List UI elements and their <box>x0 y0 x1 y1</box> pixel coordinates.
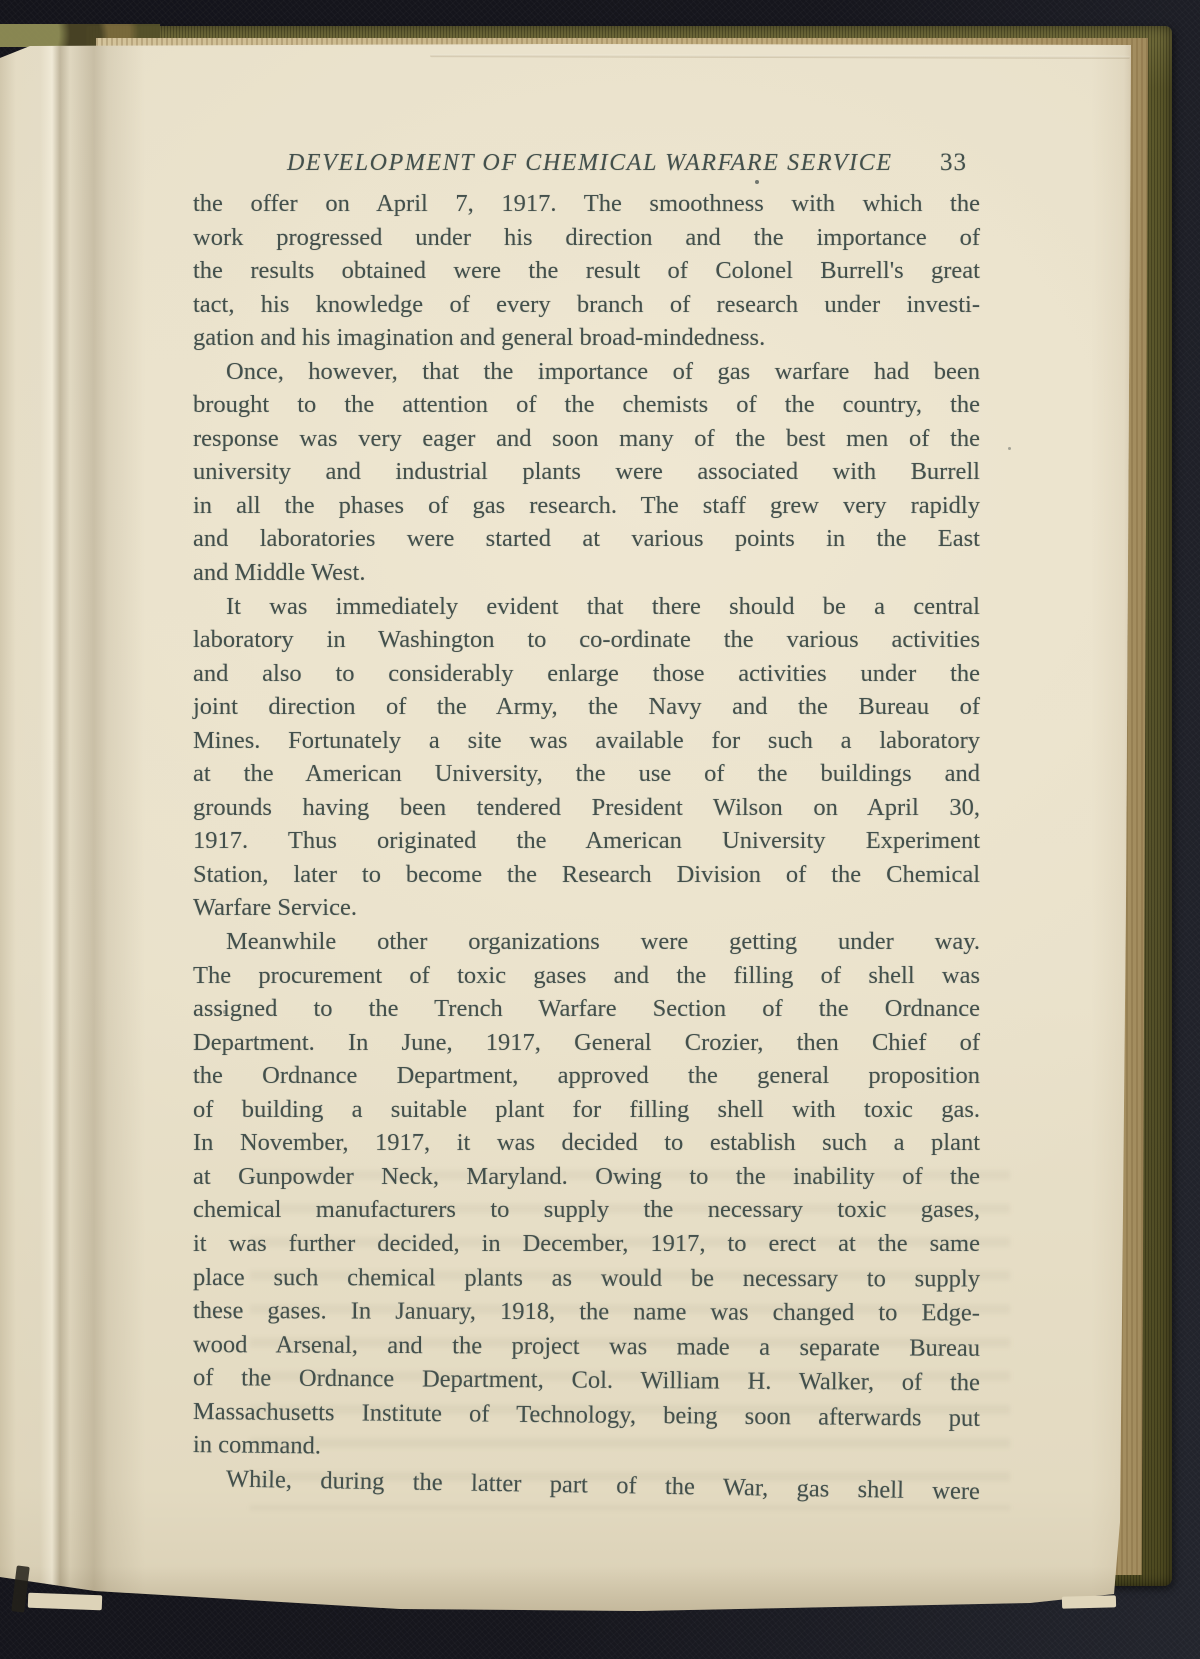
text-line: gation and his imagination and general b… <box>193 321 980 355</box>
text-line: wood Arsenal, and the project was made a… <box>193 1328 980 1365</box>
text-line: it was further decided, in December, 191… <box>193 1227 980 1261</box>
text-line: In November, 1917, it was decided to est… <box>193 1126 980 1160</box>
text-line: response was very eager and soon many of… <box>193 422 980 456</box>
text-line: of building a suitable plant for filling… <box>193 1093 980 1127</box>
text-line: grounds having been tendered President W… <box>193 791 980 825</box>
page-number: 33 <box>940 148 967 178</box>
text-line: chemical manufacturers to supply the nec… <box>193 1193 980 1227</box>
text-line: Mines. Fortunately a site was available … <box>193 724 980 758</box>
text-line: the offer on April 7, 1917. The smoothne… <box>193 187 980 221</box>
text-line: joint direction of the Army, the Navy an… <box>193 690 980 724</box>
underlying-page-edge <box>430 54 1130 59</box>
text-line: assigned to the Trench Warfare Section o… <box>193 992 980 1026</box>
text-line: work progressed under his direction and … <box>193 221 980 255</box>
text-line: The procurement of toxic gases and the f… <box>193 959 980 993</box>
page-text: the offer on April 7, 1917. The smoothne… <box>193 187 980 1495</box>
text-line: of the Ordnance Department, Col. William… <box>193 1361 980 1400</box>
ink-speck <box>223 1010 226 1014</box>
text-line: brought to the attention of the chemists… <box>193 388 980 422</box>
text-line: these gases. In January, 1918, the name … <box>193 1294 980 1330</box>
text-line: at Gunpowder Neck, Maryland. Owing to th… <box>193 1160 980 1194</box>
lower-page-edge <box>1062 1595 1116 1608</box>
book-page: DEVELOPMENT OF CHEMICAL WARFARE SERVICE … <box>0 0 1136 1616</box>
page-title: DEVELOPMENT OF CHEMICAL WARFARE SERVICE <box>287 148 893 178</box>
text-line: It was immediately evident that there sh… <box>193 590 980 624</box>
text-line: and laboratories were started at various… <box>193 522 980 556</box>
text-line: in all the phases of gas research. The s… <box>193 489 980 523</box>
text-line: Station, later to become the Research Di… <box>193 858 980 892</box>
text-line: tact, his knowledge of every branch of r… <box>193 288 980 322</box>
text-line: the results obtained were the result of … <box>193 254 980 288</box>
text-line: and also to considerably enlarge those a… <box>193 657 980 691</box>
text-line: Warfare Service. <box>193 891 980 925</box>
text-line: Department. In June, 1917, General Crozi… <box>193 1026 980 1060</box>
text-line: laboratory in Washington to co-ordinate … <box>193 623 980 657</box>
text-line: place such chemical plants as would be n… <box>193 1261 980 1296</box>
text-line: Once, however, that the importance of ga… <box>193 355 980 389</box>
text-line: 1917. Thus originated the American Unive… <box>193 824 980 858</box>
ink-speck <box>755 180 759 184</box>
text-line: university and industrial plants were as… <box>193 455 980 489</box>
text-line: at the American University, the use of t… <box>193 757 980 791</box>
text-line: and Middle West. <box>193 556 980 590</box>
lower-page-edge <box>28 1593 102 1611</box>
ink-speck <box>1008 447 1011 450</box>
text-line: Meanwhile other organizations were getti… <box>193 925 980 959</box>
text-line: the Ordnance Department, approved the ge… <box>193 1059 980 1093</box>
running-head: DEVELOPMENT OF CHEMICAL WARFARE SERVICE … <box>193 148 980 178</box>
